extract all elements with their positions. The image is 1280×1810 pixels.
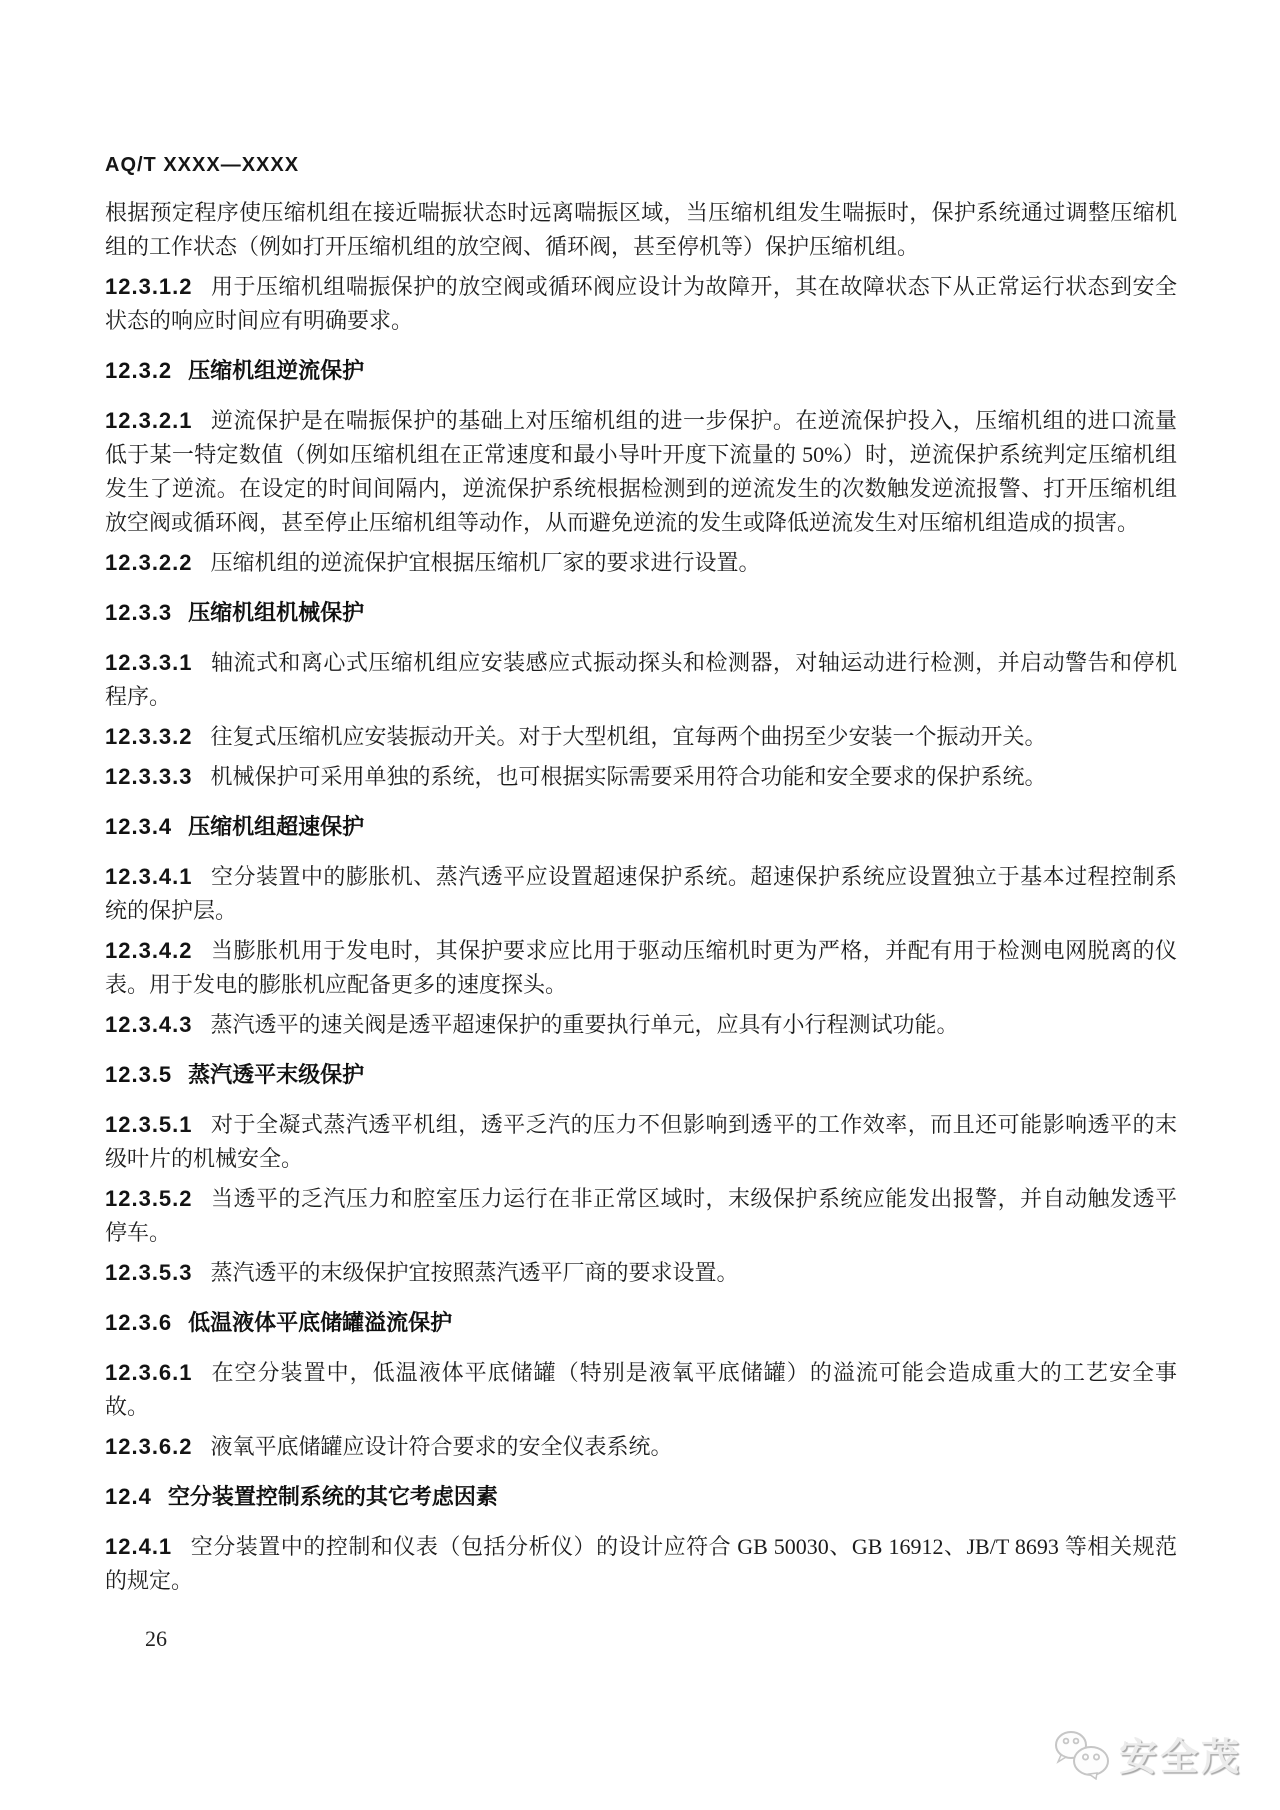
- section-number: 12.3.4: [105, 814, 172, 839]
- document-page: AQ/T XXXX—XXXX 根据预定程序使压缩机组在接近喘振状态时远离喘振区域…: [105, 0, 1177, 1654]
- clause-paragraph: 12.3.5.1对于全凝式蒸汽透平机组，透平乏汽的压力不但影响到透平的工作效率，…: [105, 1108, 1177, 1176]
- section-heading: 12.3.2压缩机组逆流保护: [105, 354, 1177, 388]
- section-title: 蒸汽透平末级保护: [188, 1062, 364, 1087]
- clause-text: 空分装置中的膨胀机、蒸汽透平应设置超速保护系统。超速保护系统应设置独立于基本过程…: [105, 864, 1177, 923]
- clause-paragraph: 12.3.4.2当膨胀机用于发电时，其保护要求应比用于驱动压缩机时更为严格，并配…: [105, 934, 1177, 1002]
- clause-text: 用于压缩机组喘振保护的放空阀或循环阀应设计为故障开，其在故障状态下从正常运行状态…: [105, 274, 1177, 333]
- clause-text: 蒸汽透平的末级保护宜按照蒸汽透平厂商的要求设置。: [211, 1260, 739, 1285]
- clause-paragraph: 12.3.2.1逆流保护是在喘振保护的基础上对压缩机组的进一步保护。在逆流保护投…: [105, 404, 1177, 540]
- clause-paragraph: 12.4.1空分装置中的控制和仪表（包括分析仪）的设计应符合 GB 50030、…: [105, 1530, 1177, 1598]
- section-title: 压缩机组逆流保护: [188, 358, 364, 383]
- section-number: 12.3.6: [105, 1310, 172, 1335]
- clause-text: 液氧平底储罐应设计符合要求的安全仪表系统。: [211, 1434, 673, 1459]
- clause-text: 压缩机组的逆流保护宜根据压缩机厂家的要求进行设置。: [211, 550, 761, 575]
- clause-paragraph: 12.3.3.1轴流式和离心式压缩机组应安装感应式振动探头和检测器，对轴运动进行…: [105, 646, 1177, 714]
- clause-text: 根据预定程序使压缩机组在接近喘振状态时远离喘振区域，当压缩机组发生喘振时，保护系…: [105, 200, 1177, 259]
- clause-paragraph: 根据预定程序使压缩机组在接近喘振状态时远离喘振区域，当压缩机组发生喘振时，保护系…: [105, 196, 1177, 264]
- clause-text: 逆流保护是在喘振保护的基础上对压缩机组的进一步保护。在逆流保护投入，压缩机组的进…: [105, 408, 1177, 535]
- clause-paragraph: 12.3.4.3蒸汽透平的速关阀是透平超速保护的重要执行单元，应具有小行程测试功…: [105, 1008, 1177, 1042]
- clause-number: 12.3.3.2: [105, 724, 193, 749]
- clause-paragraph: 12.3.6.2液氧平底储罐应设计符合要求的安全仪表系统。: [105, 1430, 1177, 1464]
- section-title: 空分装置控制系统的其它考虑因素: [168, 1484, 498, 1509]
- clause-number: 12.3.6.2: [105, 1434, 193, 1459]
- clause-paragraph: 12.3.1.2用于压缩机组喘振保护的放空阀或循环阀应设计为故障开，其在故障状态…: [105, 270, 1177, 338]
- watermark: 安全茂: [1051, 1726, 1242, 1781]
- clause-number: 12.4.1: [105, 1534, 172, 1559]
- clause-text: 当膨胀机用于发电时，其保护要求应比用于驱动压缩机时更为严格，并配有用于检测电网脱…: [105, 938, 1177, 997]
- page-number: 26: [145, 1624, 1177, 1654]
- clause-text: 轴流式和离心式压缩机组应安装感应式振动探头和检测器，对轴运动进行检测，并启动警告…: [105, 650, 1177, 709]
- clause-text: 机械保护可采用单独的系统，也可根据实际需要采用符合功能和安全要求的保护系统。: [211, 764, 1047, 789]
- clause-paragraph: 12.3.3.2往复式压缩机应安装振动开关。对于大型机组，宜每两个曲拐至少安装一…: [105, 720, 1177, 754]
- clause-number: 12.3.3.3: [105, 764, 193, 789]
- clause-number: 12.3.3.1: [105, 650, 193, 675]
- clause-text: 在空分装置中，低温液体平底储罐（特别是液氧平底储罐）的溢流可能会造成重大的工艺安…: [105, 1360, 1177, 1419]
- clause-number: 12.3.2.1: [105, 408, 193, 433]
- section-title: 低温液体平底储罐溢流保护: [188, 1310, 452, 1335]
- section-heading: 12.4空分装置控制系统的其它考虑因素: [105, 1480, 1177, 1514]
- clause-paragraph: 12.3.6.1在空分装置中，低温液体平底储罐（特别是液氧平底储罐）的溢流可能会…: [105, 1356, 1177, 1424]
- clause-text: 蒸汽透平的速关阀是透平超速保护的重要执行单元，应具有小行程测试功能。: [211, 1012, 959, 1037]
- clause-paragraph: 12.3.2.2压缩机组的逆流保护宜根据压缩机厂家的要求进行设置。: [105, 546, 1177, 580]
- section-heading: 12.3.6低温液体平底储罐溢流保护: [105, 1306, 1177, 1340]
- clause-text: 对于全凝式蒸汽透平机组，透平乏汽的压力不但影响到透平的工作效率，而且还可能影响透…: [105, 1112, 1177, 1171]
- section-number: 12.4: [105, 1484, 152, 1509]
- section-title: 压缩机组机械保护: [188, 600, 364, 625]
- section-heading: 12.3.5蒸汽透平末级保护: [105, 1058, 1177, 1092]
- clause-paragraph: 12.3.5.3蒸汽透平的末级保护宜按照蒸汽透平厂商的要求设置。: [105, 1256, 1177, 1290]
- clause-paragraph: 12.3.3.3机械保护可采用单独的系统，也可根据实际需要采用符合功能和安全要求…: [105, 760, 1177, 794]
- clause-number: 12.3.4.3: [105, 1012, 193, 1037]
- section-number: 12.3.5: [105, 1062, 172, 1087]
- watermark-label: 安全茂: [1119, 1726, 1242, 1781]
- clause-number: 12.3.5.3: [105, 1260, 193, 1285]
- section-number: 12.3.3: [105, 600, 172, 625]
- section-number: 12.3.2: [105, 358, 172, 383]
- wechat-logo-icon: [1051, 1728, 1113, 1780]
- clause-text: 空分装置中的控制和仪表（包括分析仪）的设计应符合 GB 50030、GB 169…: [105, 1534, 1177, 1593]
- clause-number: 12.3.4.2: [105, 938, 193, 963]
- section-heading: 12.3.3压缩机组机械保护: [105, 596, 1177, 630]
- clause-number: 12.3.6.1: [105, 1360, 193, 1385]
- clause-number: 12.3.1.2: [105, 274, 193, 299]
- clause-text: 往复式压缩机应安装振动开关。对于大型机组，宜每两个曲拐至少安装一个振动开关。: [211, 724, 1047, 749]
- clause-paragraph: 12.3.4.1空分装置中的膨胀机、蒸汽透平应设置超速保护系统。超速保护系统应设…: [105, 860, 1177, 928]
- section-title: 压缩机组超速保护: [188, 814, 364, 839]
- clause-number: 12.3.4.1: [105, 864, 193, 889]
- clause-number: 12.3.5.2: [105, 1186, 193, 1211]
- clause-number: 12.3.5.1: [105, 1112, 193, 1137]
- clause-number: 12.3.2.2: [105, 550, 193, 575]
- clause-text: 当透平的乏汽压力和腔室压力运行在非正常区域时，末级保护系统应能发出报警，并自动触…: [105, 1186, 1177, 1245]
- clause-paragraph: 12.3.5.2当透平的乏汽压力和腔室压力运行在非正常区域时，末级保护系统应能发…: [105, 1182, 1177, 1250]
- standard-code-header: AQ/T XXXX—XXXX: [105, 152, 1177, 178]
- section-heading: 12.3.4压缩机组超速保护: [105, 810, 1177, 844]
